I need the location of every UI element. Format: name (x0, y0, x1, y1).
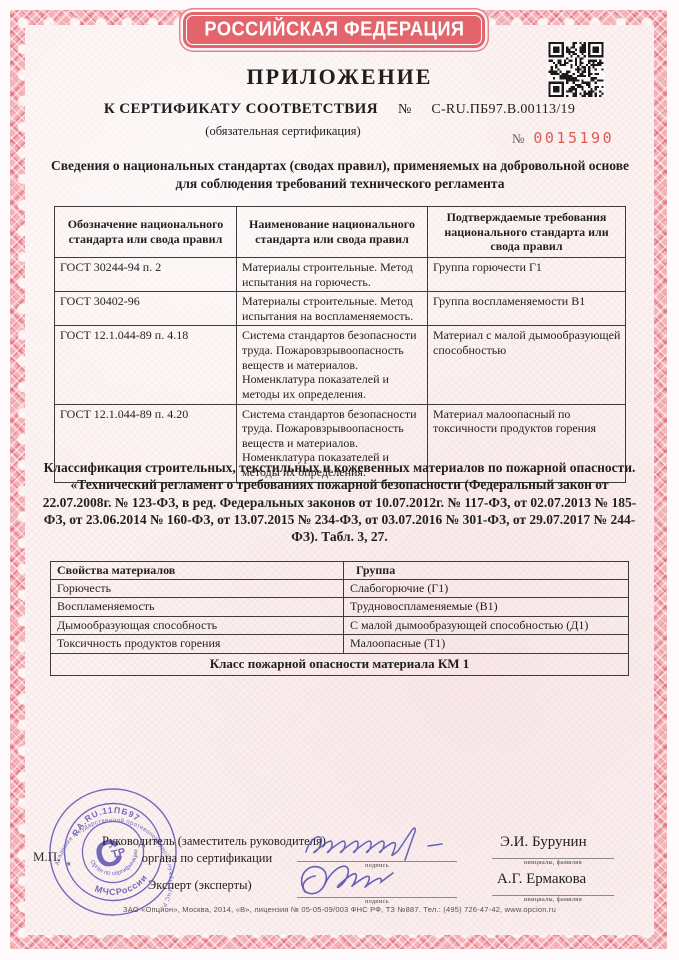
table-cell: Трудновоспламеняемые (В1) (344, 598, 629, 617)
head-signature-line (297, 861, 457, 862)
expert-role: Эксперт (эксперты) (148, 878, 252, 893)
standards-header-name: Наименование национального стандарта или… (237, 207, 428, 258)
table-cell: Слабогорючие (Г1) (344, 579, 629, 598)
page-title: ПРИЛОЖЕНИЕ (0, 64, 679, 90)
table-cell: Горючесть (51, 579, 344, 598)
table-row: Воспламеняемость Трудновоспламеняемые (В… (51, 598, 629, 617)
certificate-number: C-RU.ПБ97.В.00113/19 (431, 102, 575, 118)
head-name: Э.И. Бурунин (500, 834, 587, 851)
intro-paragraph: Сведения о национальных стандартах (свод… (42, 157, 638, 192)
table-header-row: Обозначение национального стандарта или … (55, 207, 626, 258)
table-row: ГОСТ 12.1.044-89 п. 4.18 Система стандар… (55, 326, 626, 404)
table-row: Горючесть Слабогорючие (Г1) (51, 579, 629, 598)
certification-type: (обязательная сертификация) (180, 124, 386, 139)
head-role-line2: органа по сертификации (102, 851, 312, 866)
name-caption: инициалы, фамилия (492, 897, 614, 903)
stamp-star-left: ★ (65, 859, 73, 868)
expert-signature-line (297, 897, 457, 898)
table-cell: Группа горючести Г1 (428, 257, 626, 291)
table-row: ГОСТ 30244-94 п. 2 Материалы строительны… (55, 257, 626, 291)
table-cell: Токсичность продуктов горения (51, 635, 344, 654)
table-cell: ГОСТ 30402-96 (55, 292, 237, 326)
head-role-line1: Руководитель (заместитель руководителя) (102, 834, 342, 849)
table-cell: Система стандартов безопасности труда. П… (237, 326, 428, 404)
table-header-row: Свойства материалов Группа (51, 562, 629, 580)
table-row: Токсичность продуктов горения Малоопасны… (51, 635, 629, 654)
standards-header-designation: Обозначение национального стандарта или … (55, 207, 237, 258)
properties-table: Свойства материалов Группа Горючесть Сла… (50, 561, 629, 676)
country-banner-label: РОССИЙСКАЯ ФЕДЕРАЦИЯ (204, 18, 464, 42)
table-row: ГОСТ 30402-96 Материалы строительные. Ме… (55, 292, 626, 326)
standards-table: Обозначение национального стандарта или … (54, 206, 626, 483)
serial-number-sign: № (512, 131, 524, 147)
fire-hazard-class: Класс пожарной опасности материала КМ 1 (51, 654, 629, 676)
table-cell: Малоопасные (Т1) (344, 635, 629, 654)
table-cell: Материалы строительные. Метод испытания … (237, 292, 428, 326)
certificate-number-line: К СЕРТИФИКАТУ СООТВЕТСТВИЯ № C-RU.ПБ97.В… (0, 101, 679, 118)
table-cell: Материал с малой дымообразующей способно… (428, 326, 626, 404)
table-cell: Материалы строительные. Метод испытания … (237, 257, 428, 291)
expert-name: А.Г. Ермакова (497, 871, 586, 888)
table-row: Дымообразующая способность С малой дымоо… (51, 616, 629, 635)
country-banner: РОССИЙСКАЯ ФЕДЕРАЦИЯ (183, 12, 485, 48)
certificate-label: К СЕРТИФИКАТУ СООТВЕТСТВИЯ (104, 101, 378, 118)
properties-header-group: Группа (344, 562, 629, 580)
blank-serial-number: № 0015190 (512, 129, 614, 147)
table-footer-row: Класс пожарной опасности материала КМ 1 (51, 654, 629, 676)
table-cell: Воспламеняемость (51, 598, 344, 617)
table-cell: ГОСТ 30244-94 п. 2 (55, 257, 237, 291)
table-cell: ГОСТ 12.1.044-89 п. 4.18 (55, 326, 237, 404)
number-sign: № (398, 102, 411, 118)
head-name-line (492, 858, 614, 859)
printer-imprint: ЗАО «Опцион», Москва, 2014, «В», лицензи… (0, 905, 679, 914)
certificate-page: РОССИЙСКАЯ ФЕДЕРАЦИЯ ПРИЛОЖЕНИЕ К СЕРТИФ… (0, 0, 679, 960)
properties-header-property: Свойства материалов (51, 562, 344, 580)
name-caption: инициалы, фамилия (492, 860, 614, 866)
serial-number-digits: 0015190 (533, 129, 614, 147)
standards-header-requirements: Подтверждаемые требования национального … (428, 207, 626, 258)
table-cell: Группа воспламеняемости В1 (428, 292, 626, 326)
mp-mark: М.П. (33, 849, 60, 865)
signature-caption: подпись (297, 863, 457, 869)
table-cell: Дымообразующая способность (51, 616, 344, 635)
expert-name-line (492, 895, 614, 896)
classification-paragraph: Классификация строительных, текстильных … (40, 459, 639, 545)
table-cell: С малой дымообразующей способностью (Д1) (344, 616, 629, 635)
